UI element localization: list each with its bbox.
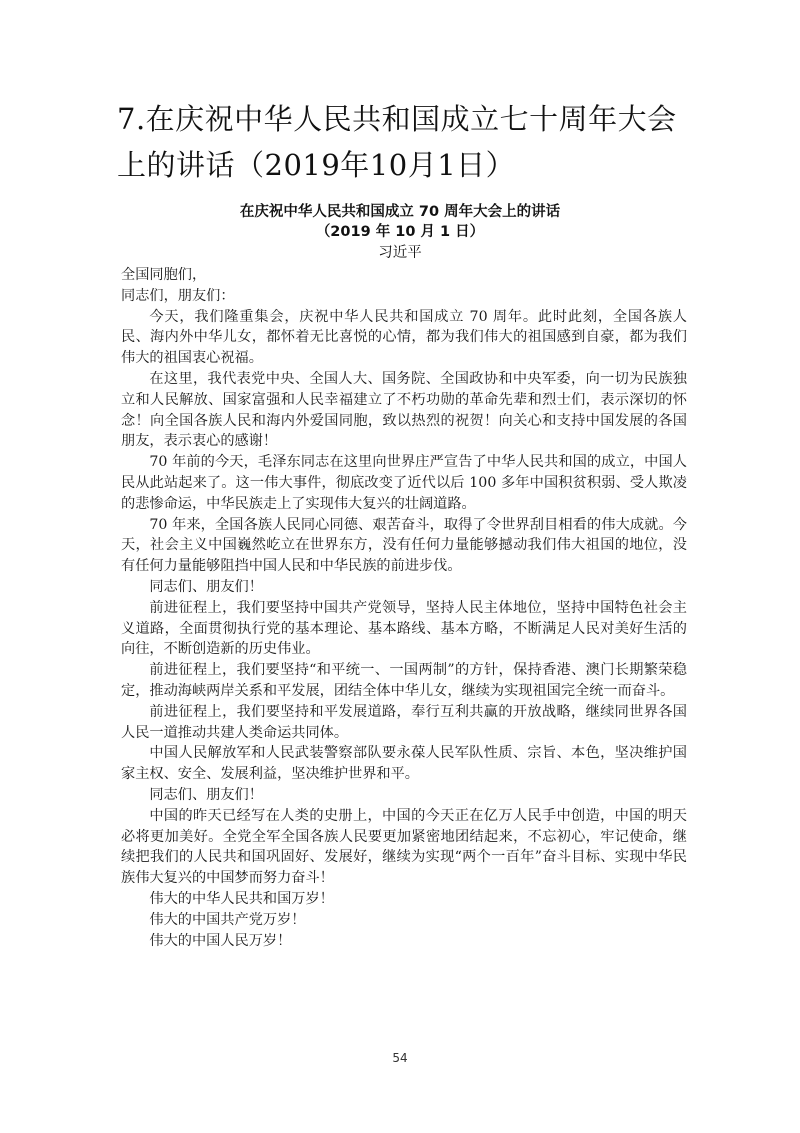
salutation-compatriots: 全国同胞们，: [121, 265, 687, 286]
page-number: 54: [0, 1051, 800, 1065]
speech-body: 全国同胞们， 同志们，朋友们： 今天，我们隆重集会，庆祝中华人民共和国成立 70…: [121, 265, 687, 951]
paragraph-address: 同志们、朋友们！: [121, 577, 687, 598]
chapter-title: 7.在庆祝中华人民共和国成立七十周年大会上的讲话（2019年10月1日）: [117, 96, 697, 188]
paragraph: 今天，我们隆重集会，庆祝中华人民共和国成立 70 周年。此时此刻，全国各族人民、…: [121, 307, 687, 369]
paragraph: 70 年来，全国各族人民同心同德、艰苦奋斗，取得了令世界刮目相看的伟大成就。今天…: [121, 515, 687, 577]
paragraph: 前进征程上，我们要坚持中国共产党领导，坚持人民主体地位，坚持中国特色社会主义道路…: [121, 598, 687, 660]
paragraph: 中国的昨天已经写在人类的史册上，中国的今天正在亿万人民手中创造，中国的明天必将更…: [121, 806, 687, 889]
speech-title: 在庆祝中华人民共和国成立 70 周年大会上的讲话: [0, 203, 800, 222]
paragraph: 70 年前的今天，毛泽东同志在这里向世界庄严宣告了中华人民共和国的成立，中国人民…: [121, 452, 687, 514]
paragraph: 前进征程上，我们要坚持“和平统一、一国两制”的方针，保持香港、澳门长期繁荣稳定，…: [121, 660, 687, 702]
speech-author: 习近平: [0, 244, 800, 263]
paragraph: 中国人民解放军和人民武装警察部队要永葆人民军队性质、宗旨、本色，坚决维护国家主权…: [121, 743, 687, 785]
closing-cheer: 伟大的中国共产党万岁！: [121, 910, 687, 931]
closing-cheer: 伟大的中国人民万岁！: [121, 931, 687, 952]
closing-cheer: 伟大的中华人民共和国万岁！: [121, 889, 687, 910]
speech-date: （2019 年 10 月 1 日）: [0, 223, 800, 242]
paragraph: 在这里，我代表党中央、全国人大、国务院、全国政协和中央军委，向一切为民族独立和人…: [121, 369, 687, 452]
paragraph-address: 同志们、朋友们！: [121, 785, 687, 806]
document-page: 7.在庆祝中华人民共和国成立七十周年大会上的讲话（2019年10月1日） 在庆祝…: [0, 0, 800, 1133]
paragraph: 前进征程上，我们要坚持和平发展道路，奉行互利共赢的开放战略，继续同世界各国人民一…: [121, 702, 687, 744]
salutation-comrades: 同志们，朋友们：: [121, 286, 687, 307]
